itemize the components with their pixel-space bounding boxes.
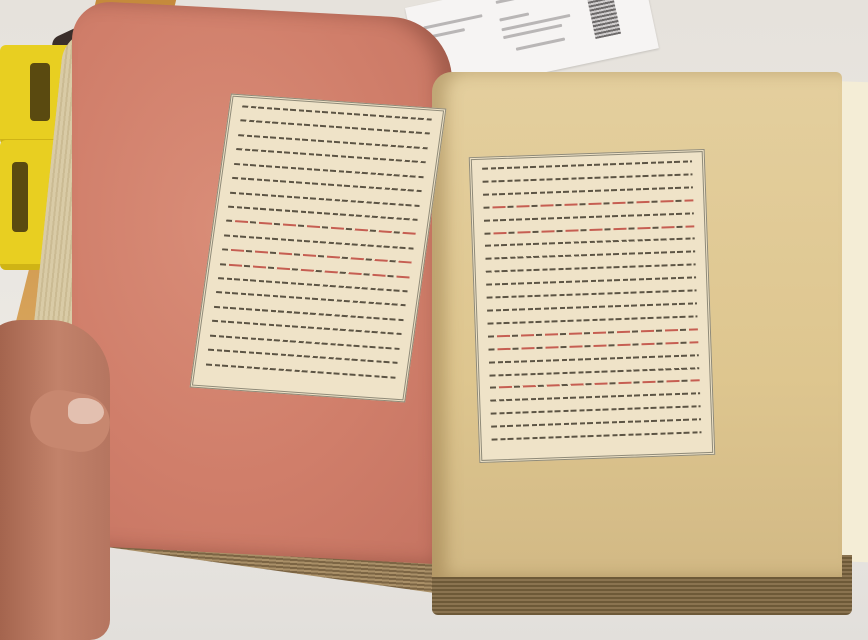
script-line — [230, 191, 420, 206]
script-line — [238, 134, 428, 149]
script-line — [208, 349, 398, 364]
script-line — [228, 206, 418, 221]
script-line — [236, 148, 426, 163]
script-line — [224, 234, 414, 249]
script-line — [216, 291, 406, 306]
script-line — [487, 289, 697, 298]
script-line — [242, 105, 432, 120]
script-line — [240, 120, 430, 135]
script-line — [485, 251, 695, 260]
script-line — [234, 163, 424, 178]
script-line — [484, 225, 694, 234]
script-line — [491, 418, 701, 427]
right-text-block — [469, 149, 716, 463]
script-line — [485, 238, 695, 247]
left-text-block — [190, 94, 447, 403]
script-line — [218, 277, 408, 292]
thumbnail-nail — [68, 398, 104, 424]
script-line — [486, 277, 696, 286]
image-caption: An open antique Arabic manuscript held b… — [0, 0, 1, 1]
script-line — [487, 302, 697, 311]
script-line — [214, 306, 404, 321]
script-line — [490, 380, 700, 389]
script-line — [492, 431, 702, 440]
script-line — [483, 173, 693, 182]
script-line — [206, 363, 396, 378]
manuscript-photo: An open antique Arabic manuscript held b… — [0, 0, 868, 640]
script-line — [210, 334, 400, 349]
hand — [0, 320, 110, 640]
script-line — [482, 160, 692, 169]
script-line — [488, 341, 698, 350]
script-line — [220, 263, 410, 278]
script-line — [488, 328, 698, 337]
script-line — [489, 367, 699, 376]
script-line — [483, 186, 693, 195]
script-line — [488, 315, 698, 324]
script-line — [226, 220, 416, 235]
script-line — [484, 212, 694, 221]
script-line — [489, 354, 699, 363]
script-line — [232, 177, 422, 192]
script-line — [212, 320, 402, 335]
script-line — [483, 199, 693, 208]
script-line — [491, 406, 701, 415]
barcode — [584, 0, 621, 39]
script-line — [490, 393, 700, 402]
script-line — [486, 264, 696, 273]
script-line — [222, 249, 412, 264]
